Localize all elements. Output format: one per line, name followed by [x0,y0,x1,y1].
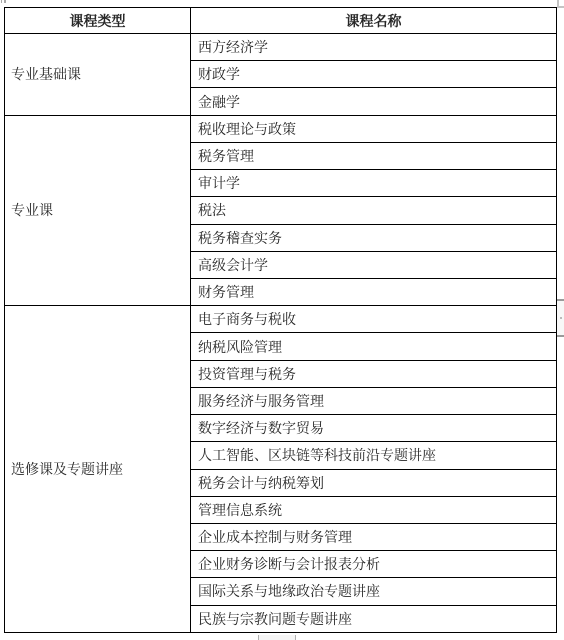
course-name-cell: 人工智能、区块链等科技前沿专题讲座 [191,442,557,469]
course-name-cell: 投资管理与税务 [191,360,557,387]
course-table-body: 专业基础课西方经济学财政学金融学专业课税收理论与政策税务管理审计学税法税务稽查实… [5,34,557,633]
course-type-cell: 选修课及专题讲座 [5,306,191,633]
course-name-cell: 西方经济学 [191,34,557,61]
table-header-row: 课程类型 课程名称 [5,8,557,34]
course-name-cell: 高级会计学 [191,251,557,278]
scrollbar-thumb-dot [560,317,562,319]
course-name-cell: 电子商务与税收 [191,306,557,333]
table-row: 专业基础课西方经济学 [5,34,557,61]
course-type-cell: 专业课 [5,115,191,306]
scrollbar-thumb-edge [557,299,564,301]
table-row: 选修课及专题讲座电子商务与税收 [5,306,557,333]
header-course-type: 课程类型 [5,8,191,34]
course-name-cell: 国际关系与地缘政治专题讲座 [191,578,557,605]
course-name-cell: 财务管理 [191,278,557,305]
course-table: 课程类型 课程名称 专业基础课西方经济学财政学金融学专业课税收理论与政策税务管理… [4,7,557,633]
course-name-cell: 税收理论与政策 [191,115,557,142]
table-row: 专业课税收理论与政策 [5,115,557,142]
bottom-cell-border-stub [258,635,296,640]
course-name-cell: 财政学 [191,61,557,88]
page: 课程类型 课程名称 专业基础课西方经济学财政学金融学专业课税收理论与政策税务管理… [0,0,564,640]
scrollbar-thumb-fragment[interactable] [557,299,564,337]
course-name-cell: 税务会计与纳税筹划 [191,469,557,496]
course-name-cell: 金融学 [191,88,557,115]
course-name-cell: 数字经济与数字贸易 [191,415,557,442]
course-type-cell: 专业基础课 [5,34,191,116]
course-name-cell: 纳税风险管理 [191,333,557,360]
header-course-name: 课程名称 [191,8,557,34]
course-name-cell: 企业成本控制与财务管理 [191,523,557,550]
course-name-cell: 税务稽查实务 [191,224,557,251]
course-name-cell: 审计学 [191,170,557,197]
top-right-border-stub [557,6,564,8]
course-name-cell: 税法 [191,197,557,224]
course-name-cell: 民族与宗教问题专题讲座 [191,605,557,632]
course-name-cell: 管理信息系统 [191,496,557,523]
scrollbar-thumb-edge [557,335,564,337]
top-left-border-stub [4,0,6,3]
course-name-cell: 服务经济与服务管理 [191,387,557,414]
top-left-border-stub [1,0,2,3]
course-name-cell: 税务管理 [191,142,557,169]
course-name-cell: 企业财务诊断与会计报表分析 [191,551,557,578]
